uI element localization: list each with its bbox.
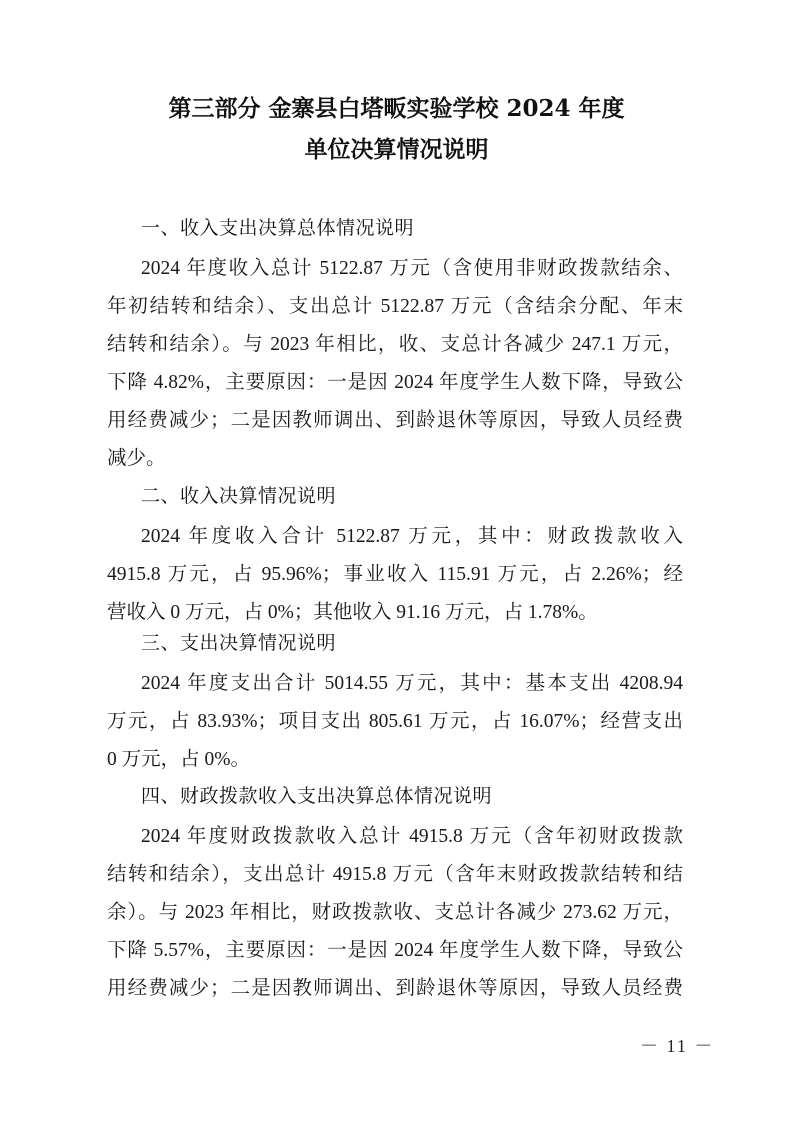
page-number: － 11 － xyxy=(640,1032,714,1058)
section-1-line-2: 年初结转和结余）、支出总计 5122.87 万元（含结余分配、年末 xyxy=(107,290,683,318)
section-4-line-4: 下降 5.57%，主要原因：一是因 2024 年度学生人数下降，导致公 xyxy=(107,934,683,962)
section-1-line-4: 下降 4.82%，主要原因：一是因 2024 年度学生人数下降，导致公 xyxy=(107,366,683,394)
section-1-line-5: 用经费减少；二是因教师调出、到龄退休等原因，导致人员经费 xyxy=(107,404,683,432)
section-1-line-6: 减少。 xyxy=(107,442,683,470)
section-2-line-1: 2024 年度收入合计 5122.87 万元，其中：财政拨款收入 xyxy=(141,520,683,548)
section-4-line-5: 用经费减少；二是因教师调出、到龄退休等原因，导致人员经费 xyxy=(107,972,683,1000)
section-4-line-2: 结转和结余），支出总计 4915.8 万元（含年末财政拨款结转和结 xyxy=(107,858,683,886)
section-2-heading: 二、收入决算情况说明 xyxy=(141,481,336,508)
section-4-heading: 四、财政拨款收入支出决算总体情况说明 xyxy=(141,781,492,808)
section-1-heading: 一、收入支出决算总体情况说明 xyxy=(141,213,414,240)
section-3-line-3: 0 万元，占 0%。 xyxy=(107,743,683,771)
section-3-line-2: 万元，占 83.93%；项目支出 805.61 万元，占 16.07%；经营支出 xyxy=(107,705,683,733)
section-1-line-3: 结转和结余）。与 2023 年相比，收、支总计各减少 247.1 万元， xyxy=(107,328,683,356)
section-4-line-3: 余）。与 2023 年相比，财政拨款收、支总计各减少 273.62 万元， xyxy=(107,896,683,924)
section-2-line-2: 4915.8 万元，占 95.96%；事业收入 115.91 万元，占 2.26… xyxy=(107,558,683,586)
section-4-line-1: 2024 年度财政拨款收入总计 4915.8 万元（含年初财政拨款 xyxy=(141,820,683,848)
document-title-line-2: 单位决算情况说明 xyxy=(0,131,793,164)
section-3-heading: 三、支出决算情况说明 xyxy=(141,628,336,655)
section-3-line-1: 2024 年度支出合计 5014.55 万元，其中：基本支出 4208.94 xyxy=(141,667,683,695)
section-2-line-3: 营收入 0 万元，占 0%；其他收入 91.16 万元，占 1.78%。 xyxy=(107,596,683,624)
section-1-line-1: 2024 年度收入总计 5122.87 万元（含使用非财政拨款结余、 xyxy=(141,252,683,280)
document-title-line-1: 第三部分 金寨县白塔畈实验学校 2024 年度 xyxy=(0,90,793,123)
